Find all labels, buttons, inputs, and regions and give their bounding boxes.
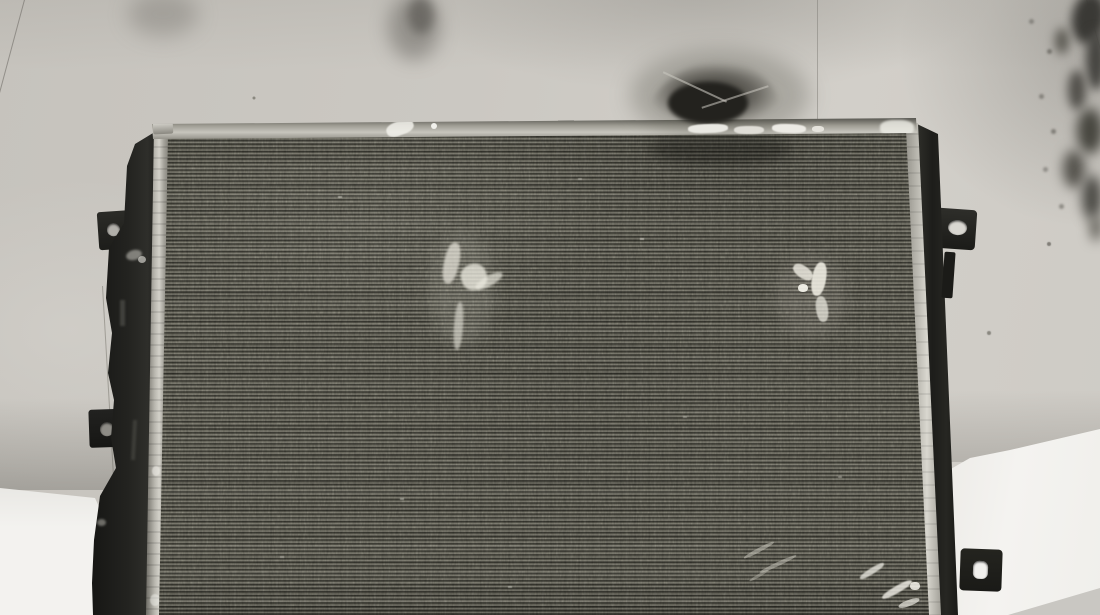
side-channel-glint (152, 466, 160, 476)
rail-glint-under-blob (812, 126, 824, 132)
soot-blob (1086, 30, 1100, 90)
core-scuff (798, 284, 808, 292)
tab-hole (973, 561, 989, 580)
side-channel-glint (150, 594, 160, 606)
soot-blob (1068, 70, 1086, 110)
soot-blob (1063, 150, 1085, 188)
soot-specks (0, 0, 3, 3)
photo-canvas (0, 0, 1100, 615)
tab-hole (948, 219, 968, 235)
wall-hairline-crack (817, 0, 818, 120)
soot-blob (1077, 108, 1100, 154)
core-grain-texture (158, 116, 932, 615)
soot-blob-core (668, 82, 748, 124)
tank-highlight (120, 300, 125, 326)
rail-glint (431, 123, 437, 129)
core-scuff-halo (776, 256, 846, 336)
core-scuff (910, 582, 920, 590)
radiator-core (158, 116, 932, 615)
tank-highlight (138, 256, 146, 263)
mounting-tab-lower-right (959, 548, 1002, 591)
tank-highlight (97, 519, 106, 526)
soot-blob (1082, 175, 1100, 220)
soot-blob (1055, 28, 1069, 54)
rail-glint-under-blob (734, 126, 764, 134)
soot-blob (1090, 215, 1100, 241)
